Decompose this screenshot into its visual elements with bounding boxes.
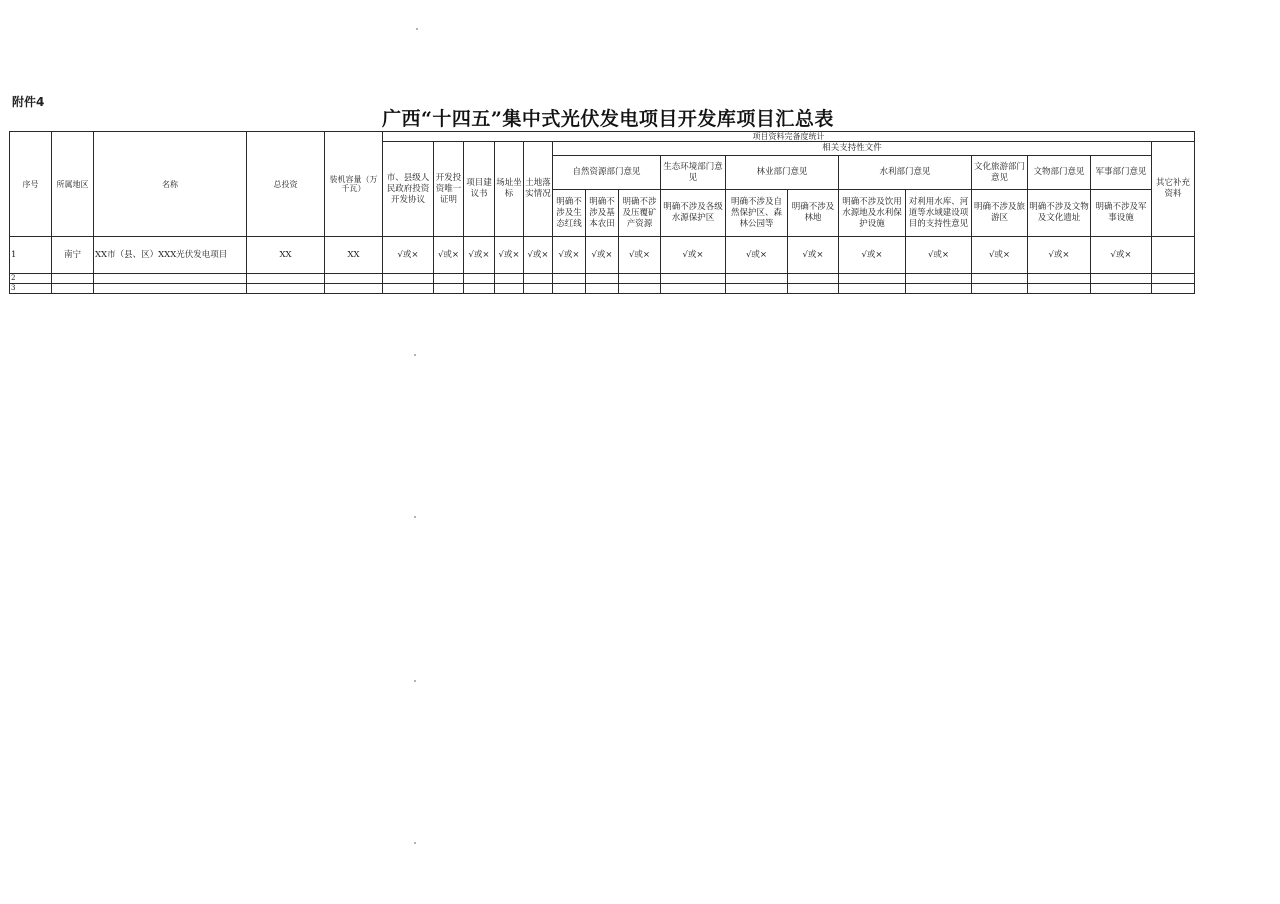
item-nature-reserve: 明确不涉及自然保护区、森林公园等 [726,190,788,237]
cell-mark: √或× [661,237,726,274]
header-proposal: 项目建议书 [464,142,495,237]
scan-speck [414,680,416,682]
item-water-source: 明确不涉及各级水源保护区 [661,190,726,237]
dept-cultural-relics: 文物部门意见 [1028,156,1091,190]
cell-mark: √或× [1028,237,1091,274]
cell-mark: √或× [906,237,972,274]
header-site-coords: 场址坐标 [495,142,524,237]
attachment-label: 附件4 [12,93,44,110]
item-farmland: 明确不涉及基本农田 [586,190,619,237]
scan-speck [416,28,418,30]
header-region: 所属地区 [52,132,94,237]
header-gov-agreement: 市、县级人民政府投资开发协议 [383,142,434,237]
scan-speck [414,842,416,844]
cell-mark: √或× [383,237,434,274]
document-title: 广西“十四五”集中式光伏发电项目开发库项目汇总表 [382,104,834,131]
item-military: 明确不涉及军事设施 [1091,190,1152,237]
header-name: 名称 [94,132,247,237]
cell-mark: √或× [434,237,464,274]
scan-speck [414,516,416,518]
cell-capacity: XX [325,237,383,274]
dept-forestry: 林业部门意见 [726,156,839,190]
item-relics: 明确不涉及文物及文化遗址 [1028,190,1091,237]
item-drinking-water: 明确不涉及饮用水源地及水利保护设施 [839,190,906,237]
cell-mark: √或× [726,237,788,274]
item-forest-land: 明确不涉及林地 [788,190,839,237]
table-row: 1 南宁 XX市（县、区）XXX光伏发电项目 XX XX √或× √或× √或×… [10,237,1195,274]
cell-seq: 1 [10,237,52,274]
dept-water: 水利部门意见 [839,156,972,190]
table-row: 3 [10,284,1195,294]
cell-mark: √或× [619,237,661,274]
item-eco-redline: 明确不涉及生态红线 [553,190,586,237]
cell-mark: √或× [839,237,906,274]
cell-seq: 2 [10,274,52,284]
cell-mark: √或× [788,237,839,274]
header-investment: 总投资 [247,132,325,237]
cell-investment: XX [247,237,325,274]
cell-mark: √或× [524,237,553,274]
cell-other [1152,237,1195,274]
header-capacity: 装机容量（万千瓦） [325,132,383,237]
summary-table: 序号 所属地区 名称 总投资 装机容量（万千瓦） 项目资料完备度统计 市、县级人… [9,131,1195,294]
item-mineral: 明确不涉及压覆矿产资源 [619,190,661,237]
cell-mark: √或× [586,237,619,274]
header-unique-cert: 开发投资唯一证明 [434,142,464,237]
table-row: 2 [10,274,1195,284]
cell-mark: √或× [464,237,495,274]
cell-mark: √或× [553,237,586,274]
dept-culture-tourism: 文化旅游部门意见 [972,156,1028,190]
header-support-docs: 相关支持性文件 [553,142,1152,156]
header-other: 其它补充资料 [1152,142,1195,237]
scan-speck [414,354,416,356]
item-tourism-area: 明确不涉及旅游区 [972,190,1028,237]
cell-name: XX市（县、区）XXX光伏发电项目 [94,237,247,274]
header-land: 土地落实情况 [524,142,553,237]
dept-military: 军事部门意见 [1091,156,1152,190]
dept-ecology: 生态环境部门意见 [661,156,726,190]
cell-mark: √或× [972,237,1028,274]
header-seq: 序号 [10,132,52,237]
cell-mark: √或× [1091,237,1152,274]
header-completeness: 项目资料完备度统计 [383,132,1195,142]
dept-natural-resources: 自然资源部门意见 [553,156,661,190]
cell-seq: 3 [10,284,52,294]
item-water-project: 对利用水库、河道等水域建设项目的支持性意见 [906,190,972,237]
cell-mark: √或× [495,237,524,274]
cell-region: 南宁 [52,237,94,274]
